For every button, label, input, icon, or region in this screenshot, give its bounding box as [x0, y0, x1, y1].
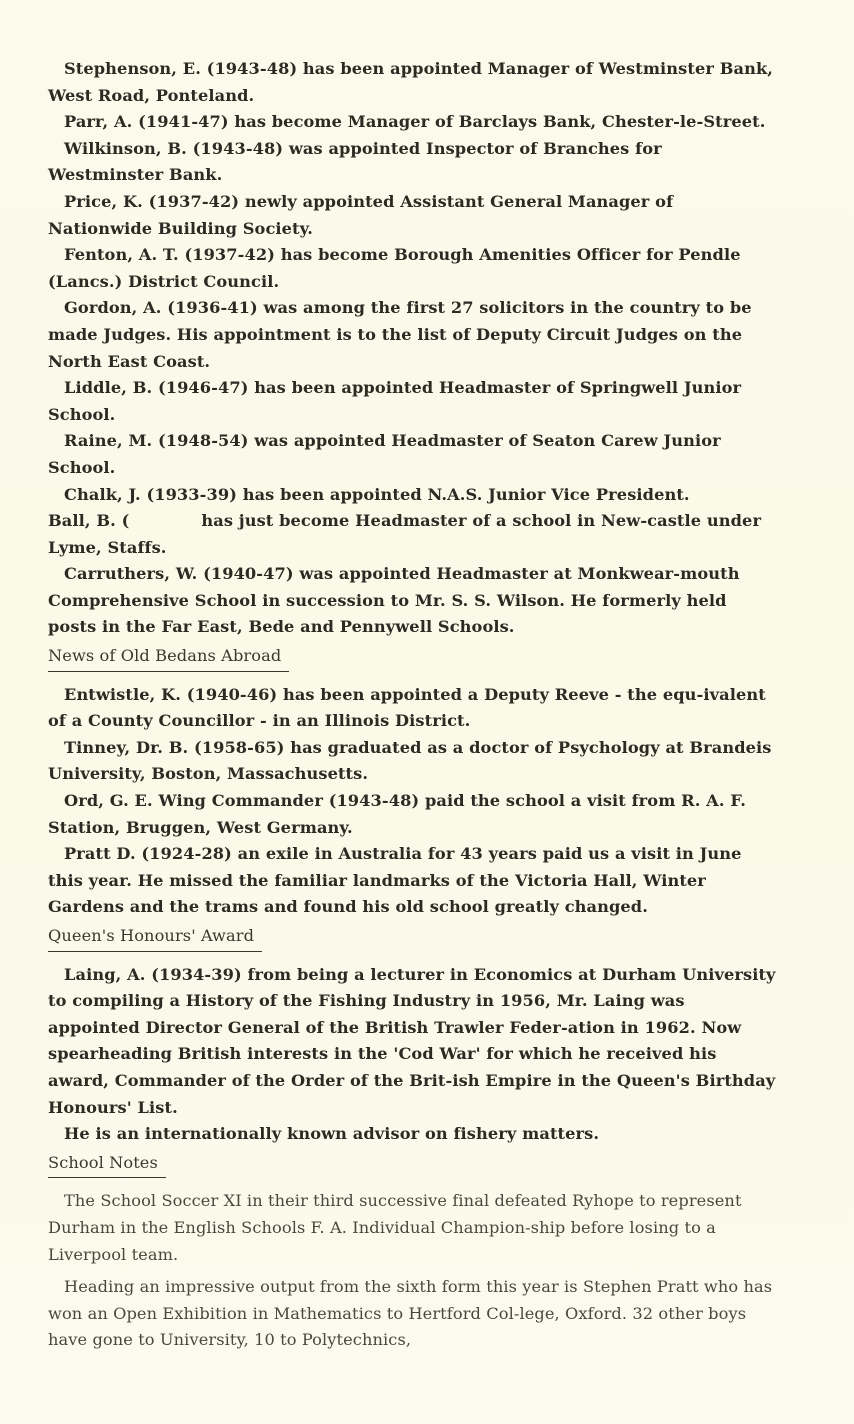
paragraph-sixth-form: Heading an impressive output from the si… — [48, 1274, 778, 1354]
paragraph-gordon: Gordon, A. (1936-41) was among the first… — [48, 295, 778, 375]
section-honours: Queen's Honours' Award Laing, A. (1934-3… — [48, 921, 778, 1148]
section-school-notes: School Notes The School Soccer XI in the… — [48, 1148, 778, 1354]
paragraph-tinney: Tinney, Dr. B. (1958-65) has graduated a… — [48, 735, 778, 788]
paragraph-raine: Raine, M. (1948-54) was appointed Headma… — [48, 428, 778, 481]
paragraph-pratt-d: Pratt D. (1924-28) an exile in Australia… — [48, 841, 778, 921]
paragraph-ball: Ball, B. (has just become Headmaster of … — [48, 508, 778, 561]
paragraph-price: Price, K. (1937-42) newly appointed Assi… — [48, 189, 778, 242]
paragraph-ord: Ord, G. E. Wing Commander (1943-48) paid… — [48, 788, 778, 841]
section-appointments: Stephenson, E. (1943-48) has been appoin… — [48, 56, 778, 641]
heading-school-notes: School Notes — [48, 1150, 166, 1179]
paragraph-laing-advisor: He is an internationally known advisor o… — [48, 1121, 778, 1148]
paragraph-carruthers: Carruthers, W. (1940-47) was appointed H… — [48, 561, 778, 641]
ball-text-after: has just become Headmaster of a school i… — [48, 511, 761, 557]
paragraph-liddle: Liddle, B. (1946-47) has been appointed … — [48, 375, 778, 428]
paragraph-stephenson: Stephenson, E. (1943-48) has been appoin… — [48, 56, 778, 109]
paragraph-wilkinson: Wilkinson, B. (1943-48) was appointed In… — [48, 136, 778, 189]
paragraph-entwistle: Entwistle, K. (1940-46) has been appoint… — [48, 682, 778, 735]
ball-text-before: Ball, B. ( — [48, 511, 129, 530]
section-abroad: News of Old Bedans Abroad Entwistle, K. … — [48, 641, 778, 921]
paragraph-fenton: Fenton, A. T. (1937-42) has become Borou… — [48, 242, 778, 295]
heading-news-abroad: News of Old Bedans Abroad — [48, 643, 289, 672]
paragraph-parr: Parr, A. (1941-47) has become Manager of… — [48, 109, 778, 136]
text-column: Stephenson, E. (1943-48) has been appoin… — [48, 56, 778, 1354]
heading-queens-honours: Queen's Honours' Award — [48, 923, 262, 952]
paragraph-laing: Laing, A. (1934-39) from being a lecture… — [48, 962, 778, 1122]
paragraph-chalk: Chalk, J. (1933-39) has been appointed N… — [48, 482, 778, 509]
scanned-page: Stephenson, E. (1943-48) has been appoin… — [0, 0, 854, 1424]
paragraph-soccer: The School Soccer XI in their third succ… — [48, 1188, 778, 1268]
